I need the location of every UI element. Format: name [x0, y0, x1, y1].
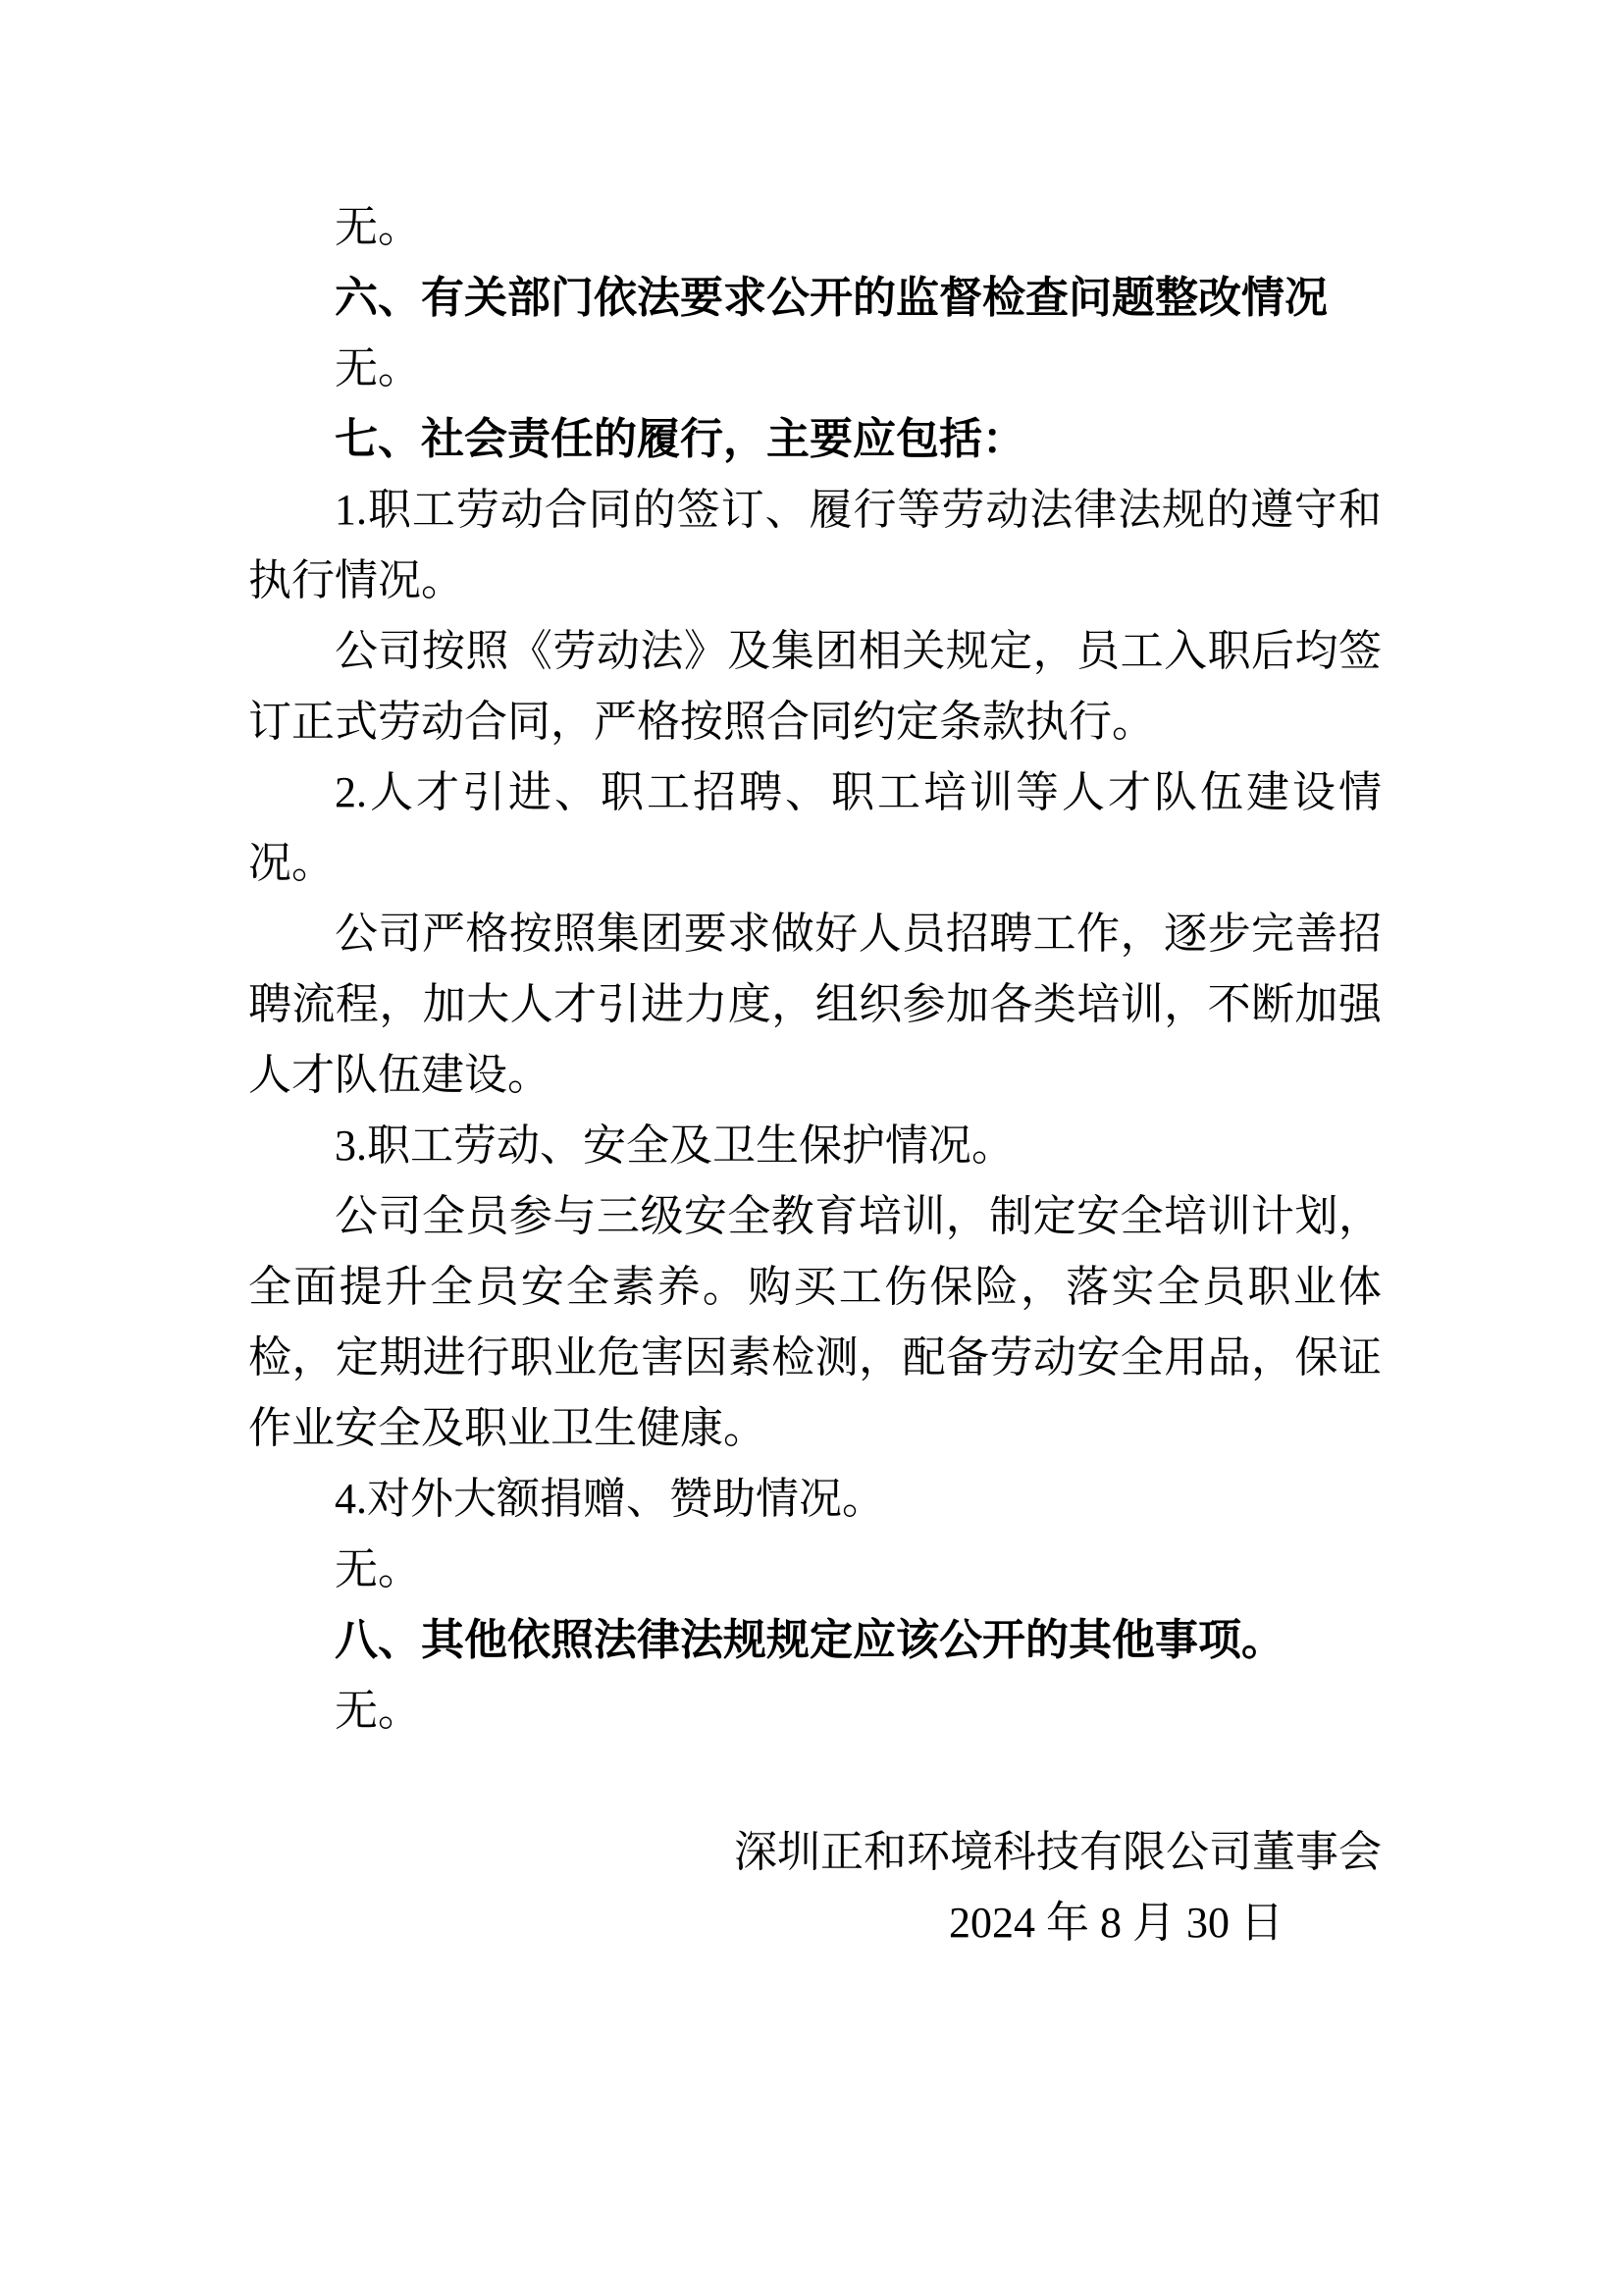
item-4-donations: 4.对外大额捐赠、赞助情况。	[248, 1464, 1382, 1535]
item-1-detail: 公司按照《劳动法》及集团相关规定，员工入职后均签订正式劳动合同，严格按照合同约定…	[248, 616, 1382, 757]
item-2-talent: 2.人才引进、职工招聘、职工培训等人才队伍建设情况。	[248, 757, 1382, 899]
item-2-detail: 公司严格按照集团要求做好人员招聘工作，逐步完善招聘流程，加大人才引进力度，组织参…	[248, 899, 1382, 1111]
item-3-safety: 3.职工劳动、安全及卫生保护情况。	[248, 1111, 1382, 1181]
item-3-detail: 公司全员参与三级安全教育培训，制定安全培训计划，全面提升全员安全素养。购买工伤保…	[248, 1181, 1382, 1464]
answer-none-4: 无。	[248, 1676, 1382, 1747]
answer-none-2: 无。	[248, 334, 1382, 404]
signature-date: 2024 年 8 月 30 日	[248, 1888, 1382, 1958]
section-heading-6: 六、有关部门依法要求公开的监督检查问题整改情况	[248, 263, 1382, 334]
item-1-labor-contracts: 1.职工劳动合同的签订、履行等劳动法律法规的遵守和执行情况。	[248, 475, 1382, 616]
signature-block: 深圳正和环境科技有限公司董事会 2024 年 8 月 30 日	[248, 1817, 1382, 1958]
document-page: 无。 六、有关部门依法要求公开的监督检查问题整改情况 无。 七、社会责任的履行，…	[0, 0, 1624, 2295]
section-heading-7: 七、社会责任的履行，主要应包括：	[248, 404, 1382, 475]
signature-company: 深圳正和环境科技有限公司董事会	[248, 1817, 1382, 1888]
answer-none-3: 无。	[248, 1535, 1382, 1605]
answer-none-1: 无。	[248, 192, 1382, 263]
document-body: 无。 六、有关部门依法要求公开的监督检查问题整改情况 无。 七、社会责任的履行，…	[248, 192, 1382, 1958]
section-heading-8: 八、其他依照法律法规规定应该公开的其他事项。	[248, 1605, 1382, 1676]
